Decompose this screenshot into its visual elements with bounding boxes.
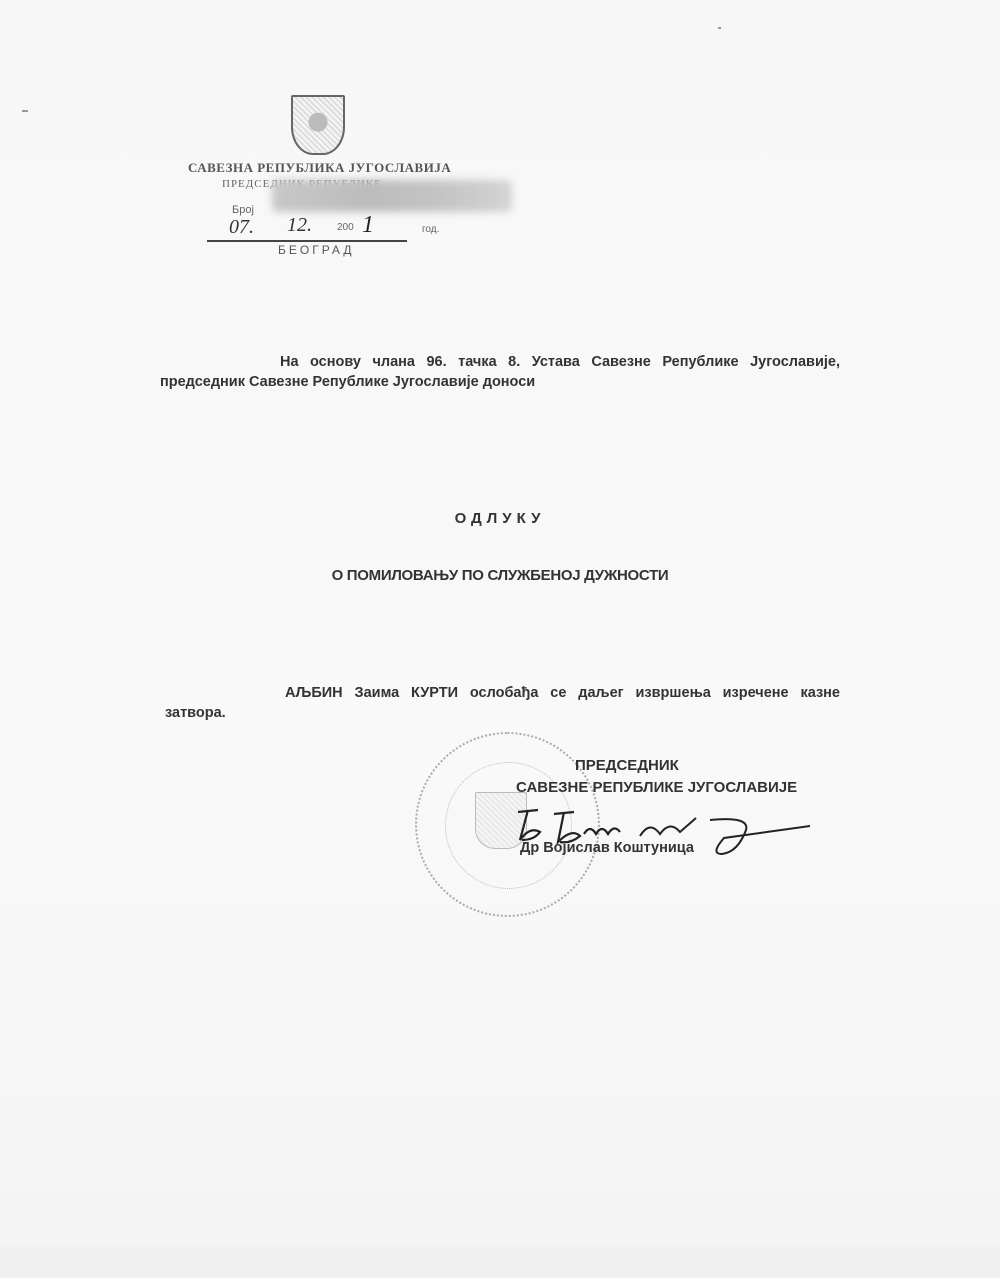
date-day: 07.: [229, 216, 254, 239]
date-year-prefix: 200: [337, 222, 354, 233]
preamble-paragraph: На основу члана 96. тачка 8. Устава Саве…: [160, 352, 840, 392]
document-subtitle: О ПОМИЛОВАЊУ ПО СЛУЖБЕНОЈ ДУЖНОСТИ: [0, 567, 1000, 584]
signatory-name: Др Војислав Коштуница: [520, 840, 694, 856]
letterhead-institution: САВЕЗНА РЕПУБЛИКА ЈУГОСЛАВИЈА: [188, 160, 451, 175]
letterhead-number-label: Број: [232, 204, 254, 216]
redaction-blur: [272, 180, 512, 212]
vertical-scrollbar[interactable]: [972, 0, 1000, 1278]
scan-speck: [718, 27, 721, 29]
letterhead-date: 07. 12. 200 1: [207, 216, 407, 242]
coat-of-arms-icon: [291, 95, 345, 155]
scanned-document-page: САВЕЗНА РЕПУБЛИКА ЈУГОСЛАВИЈА ПРЕДСЕДНИК…: [0, 0, 1000, 1245]
letterhead-city: БЕОГРАД: [278, 243, 354, 257]
decision-paragraph: АЉБИН Заима КУРТИ ослобађа се даљег извр…: [165, 683, 840, 723]
date-suffix: год.: [422, 224, 439, 235]
document-title: ОДЛУКУ: [0, 510, 1000, 527]
signature-title-line1: ПРЕДСЕДНИК: [575, 757, 679, 774]
scan-speck: [22, 110, 28, 112]
page-bottom-margin: [0, 1245, 1000, 1278]
date-year-digit: 1: [362, 212, 374, 239]
signature-title-line2: САВЕЗНЕ РЕПУБЛИКЕ ЈУГОСЛАВИЈЕ: [516, 779, 797, 796]
date-month: 12.: [287, 214, 312, 237]
